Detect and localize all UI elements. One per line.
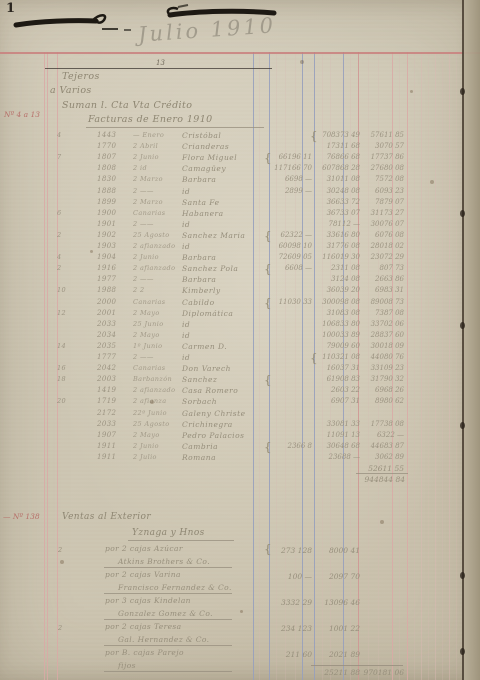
ledger-cell: 62322 — (270, 231, 312, 239)
paper-speck (240, 610, 243, 613)
consignee-firm: Gal. Hernandez & Co. (118, 635, 209, 644)
ledger-cell: Barbanzón (133, 375, 179, 383)
ledger-row: 203325 Junioid106833 8033702 06 (0, 320, 480, 331)
grand-total-c: 970181 06 (359, 668, 404, 677)
ledger-cell: 2 —— (133, 220, 179, 228)
ledger-row: 20342 Mayoid100033 8928837 60 (0, 331, 480, 342)
ledger-cell: 2 Marzo (133, 175, 179, 183)
ledger-cell: 1911 (97, 453, 129, 461)
ledger-cell: 17311 68 (314, 142, 360, 150)
ledger-cell: 7 (57, 153, 71, 161)
ledger-cell: 1901 (97, 220, 129, 228)
ledger-cell: 2 Junio (133, 153, 179, 161)
ledger-cell: Sanchez Pola (182, 264, 264, 273)
ledger-cell: 60098 10 (270, 242, 312, 250)
account-contra: a Varios (50, 85, 92, 96)
ledger-row: 19772 ——Barbara3124 082663 86 (0, 275, 480, 286)
ledger-cell: 6608 — (270, 264, 312, 272)
ledger-cell: 3124 08 (314, 275, 360, 283)
shipment-line: por 3 cajas Kindelan (105, 596, 191, 605)
paper-speck (60, 560, 64, 564)
ledger-cell: id (182, 242, 264, 251)
ledger-cell: 2 afianza (133, 397, 179, 405)
ledger-cell: 30018 09 (359, 342, 404, 350)
ledger-row: 18082 idCamagüey117166 70607868 2827680 … (0, 164, 480, 175)
ledger-cell: 12 (57, 309, 71, 317)
margin-reference-note: — Nº 138 (3, 512, 40, 521)
amount-a: 3332 29 (270, 598, 312, 607)
ledger-cell: Barbara (182, 275, 264, 284)
ledger-cell: 2034 (97, 331, 129, 339)
ledger-cell: 7572 08 (359, 175, 404, 183)
ledger-cell: 2 Abril (133, 142, 179, 150)
grouping-brace: { (264, 151, 270, 165)
amount-b: 8000 41 (314, 546, 360, 555)
ledger-cell: 300098 08 (314, 298, 360, 306)
ledger-cell: 16 (57, 364, 71, 372)
ledger-cell: 1830 (97, 175, 129, 183)
shipment-line: por B. cajas Parejo (105, 648, 184, 657)
ledger-cell: Sanchez (182, 375, 264, 384)
ledger-cell: 2603 22 (314, 386, 360, 394)
ledger-cell: 1777 (97, 353, 129, 361)
firm-underline (104, 593, 232, 594)
ledger-cell: 18 (57, 375, 71, 383)
amount-a: 234 123 (270, 624, 312, 633)
ledger-cell: Canarias (133, 298, 179, 306)
ledger-cell: Barbara (182, 175, 264, 184)
ledger-cell: 79009 60 (314, 342, 360, 350)
margin-reference-note: Nº 4 a 13 (4, 110, 40, 119)
shipment-line: por 2 cajas Teresa (105, 622, 182, 631)
ledger-cell: 8980 62 (359, 397, 404, 405)
ledger-row: 718072 JunioFlora Miguel66196 1176866 68… (0, 153, 480, 164)
ledger-cell: Pedro Palacios (182, 431, 264, 440)
ledger-cell: Sorbach (182, 397, 264, 406)
amount-b: 1001 22 (314, 624, 360, 633)
grouping-brace: { (264, 262, 270, 276)
subtotal-value: 52611 55 (359, 464, 404, 473)
ledger-row: 2017192 afianzaSorbach6907 318980 62 (0, 397, 480, 408)
ledger-cell: 72609 05 (270, 253, 312, 261)
ledger-cell: 27680 08 (359, 164, 404, 172)
ledger-cell: 20 (57, 397, 71, 405)
ledger-cell: 2 —— (133, 353, 179, 361)
ledger-cell: 2000 (97, 298, 129, 306)
ledger-cell: 25 Agosto (133, 420, 179, 428)
amount-a: 100 — (270, 572, 312, 581)
ledger-cell: 1807 (97, 153, 129, 161)
ledger-row: 182003BarbanzónSanchez61908 8331790 32{ (0, 375, 480, 386)
grouping-brace: { (264, 373, 270, 387)
ledger-cell: 1770 (97, 142, 129, 150)
heading-rule (45, 68, 272, 69)
ledger-cell: 2 —— (133, 187, 179, 195)
ledger-row: 18302 MarzoBarbara6698 —31011 087572 08 (0, 175, 480, 186)
paper-speck (380, 520, 384, 524)
ledger-cell: 44683 87 (359, 442, 404, 450)
ledger-cell: 1911 (97, 442, 129, 450)
ledger-cell: id (182, 187, 264, 196)
ledger-cell: Romana (182, 453, 264, 462)
ledger-cell: 61908 83 (314, 375, 360, 383)
ledger-cell: 30076 07 (359, 220, 404, 228)
ledger-cell: 2 —— (133, 275, 179, 283)
binding-stitch (460, 88, 465, 95)
ledger-cell: id (182, 331, 264, 340)
ledger-cell: 25 Agosto (133, 231, 179, 239)
ledger-cell: 1977 (97, 275, 129, 283)
ledger-cell: 2003 (97, 375, 129, 383)
ledger-cell: 2 (57, 231, 71, 239)
firm-underline (104, 645, 232, 646)
ledger-cell: 4 (57, 131, 71, 139)
ledger-row: 19112 JunioCambria2366 830648 6844683 87… (0, 442, 480, 453)
ledger-cell: Crianderas (182, 142, 264, 151)
ledger-cell: 2663 86 (359, 275, 404, 283)
ledger-cell: 2899 — (270, 187, 312, 195)
ledger-cell: 1443 (97, 131, 129, 139)
paper-speck (300, 60, 304, 64)
ledger-cell: 2 Junio (133, 253, 179, 261)
ledger-cell: 2311 08 (314, 264, 360, 272)
ledger-cell: 31776 08 (314, 242, 360, 250)
section-subtitle: Yznaga y Hnos (132, 528, 205, 538)
ledger-cell: 100033 89 (314, 331, 360, 339)
ledger-cell: 44080 76 (359, 353, 404, 361)
ledger-cell: Don Varech (182, 364, 264, 373)
ledger-row: 19112 JulioRomana23688 —3062 89 (0, 453, 480, 464)
ledger-row: 1220012 MayoDiplomática31083 087387 08 (0, 309, 480, 320)
ledger-cell: id (182, 320, 264, 329)
grand-total-underline (311, 665, 403, 666)
subtotal-underline (356, 473, 408, 474)
firm-underline (104, 671, 232, 672)
ledger-cell: 116019 30 (314, 253, 360, 261)
ledger-cell: Kimberly (182, 286, 264, 295)
ledger-cell: 708373 49 (314, 131, 360, 139)
ledger-cell: 807 73 (359, 264, 404, 272)
ledger-cell: Crichinegra (182, 420, 264, 429)
ledger-cell: 2 Marzo (133, 198, 179, 206)
ledger-row: 19032 afianzadoid60098 1031776 0828018 0… (0, 242, 480, 253)
ledger-cell: 2 Mayo (133, 309, 179, 317)
ledger-cell: Cabildo (182, 298, 264, 307)
ledger-cell: Carmen D. (182, 342, 264, 351)
ledger-cell: 2 2 (133, 286, 179, 294)
ledger-cell: 2001 (97, 309, 129, 317)
ledger-cell: 2 (57, 264, 71, 272)
ledger-cell: 33702 06 (359, 320, 404, 328)
ledger-cell: 33081 33 (314, 420, 360, 428)
ledger-row: 17772 ——id110321 0844080 76{ (0, 353, 480, 364)
ledger-row: 1420351º JunioCarmen D.79009 6030018 09 (0, 342, 480, 353)
ledger-cell: 2 afianzado (133, 264, 179, 272)
folio-mark: 13 (156, 59, 165, 67)
paper-speck (90, 250, 93, 253)
binding-stitch (460, 572, 465, 579)
ledger-row: 18992 MarzoSanta Fe36633 727879 07 (0, 198, 480, 209)
ledger-cell: Diplomática (182, 309, 264, 318)
grouping-brace: { (264, 440, 270, 454)
ledger-cell: 1902 (97, 231, 129, 239)
ledger-cell: 6076 08 (359, 231, 404, 239)
ledger-cell: 2033 (97, 420, 129, 428)
ledger-cell: 11091 13 (314, 431, 360, 439)
ledger-page-scan: 1 Julio 1910 13 Nº 4 a 13 Tejeros a Vari… (0, 0, 480, 680)
ledger-row: 61900CanariasHabanera36733 0731173 27 (0, 209, 480, 220)
ledger-cell: 16037 31 (314, 364, 360, 372)
ledger-cell: 6907 31 (314, 397, 360, 405)
ledger-cell: 28018 02 (359, 242, 404, 250)
ledger-cell: 4 (57, 253, 71, 261)
ledger-cell: 2 afianzado (133, 386, 179, 394)
ledger-cell: 25 Junio (133, 320, 179, 328)
firm-underline (104, 619, 232, 620)
ledger-row: 2190225 AgostoSanchez Maria62322 —33616 … (0, 231, 480, 242)
paper-speck (430, 180, 434, 184)
ledger-cell: 1º Junio (133, 342, 179, 350)
section-title: Ventas al Exterior (62, 512, 151, 522)
ledger-cell: 36039 20 (314, 286, 360, 294)
ledger-cell: 6093 23 (359, 187, 404, 195)
ledger-cell: 33616 80 (314, 231, 360, 239)
shipment-line: por 2 cajas Azúcar (105, 544, 183, 553)
ledger-cell: 33109 23 (359, 364, 404, 372)
ledger-row: 19072 MayoPedro Palacios11091 136322 — (0, 431, 480, 442)
ledger-cell: 1808 (97, 164, 129, 172)
ledger-cell: Flora Miguel (182, 153, 264, 162)
ledger-row: 419042 JunioBarbara72609 05116019 302307… (0, 253, 480, 264)
ledger-cell: 110321 08 (314, 353, 360, 361)
subtitle-underline (86, 127, 264, 128)
paper-speck (410, 90, 413, 93)
ledger-cell: 1888 (97, 187, 129, 195)
ledger-cell: 36633 72 (314, 198, 360, 206)
ledger-cell: 1904 (97, 253, 129, 261)
ledger-cell: 2 Junio (133, 442, 179, 450)
consignee-firm: Gonzalez Gomez & Co. (118, 609, 213, 618)
ledger-cell: 1907 (97, 431, 129, 439)
ledger-row: 217222º JunioGaleny Christe (0, 409, 480, 420)
ledger-cell: Camagüey (182, 164, 264, 173)
section-total-value: 944844 84 (357, 475, 405, 484)
ledger-cell: 31083 08 (314, 309, 360, 317)
ledger-row: 2000CanariasCabildo11030 33300098 088900… (0, 298, 480, 309)
ledger-cell: 17738 08 (359, 420, 404, 428)
ledger-cell: 2 id (133, 164, 179, 172)
ledger-cell: 1719 (97, 397, 129, 405)
ledger-cell: 607868 28 (314, 164, 360, 172)
ledger-row: 1019882 2Kimberly36039 206983 31 (0, 286, 480, 297)
ledger-cell: 2033 (97, 320, 129, 328)
grand-total-b: 25211 88 (314, 668, 360, 677)
ledger-cell: — Enero (133, 131, 179, 139)
ledger-cell: Barbara (182, 253, 264, 262)
ledger-cell: 17737 86 (359, 153, 404, 161)
ledger-cell: Santa Fe (182, 198, 264, 207)
ledger-cell: 11030 33 (270, 298, 312, 306)
entry-ordinal: 2 (58, 546, 63, 554)
ledger-cell: 2 afianzado (133, 242, 179, 250)
ledger-cell: 6 (57, 209, 71, 217)
consignee-firm: Atkins Brothers & Co. (118, 557, 210, 566)
ledger-cell: 1988 (97, 286, 129, 294)
ledger-row: 219162 afianzadoSanchez Pola6608 —2311 0… (0, 264, 480, 275)
ledger-cell: 30648 68 (314, 442, 360, 450)
grouping-brace: { (310, 351, 316, 365)
consignee-firm: Francisco Fernandez & Co. (118, 583, 232, 592)
ledger-cell: 2 Julio (133, 453, 179, 461)
ledger-cell: 1899 (97, 198, 129, 206)
ledger-cell: 28837 60 (359, 331, 404, 339)
ledger-cell: 106833 80 (314, 320, 360, 328)
amount-a: 273 128 (270, 546, 312, 555)
ledger-cell: 2172 (97, 409, 129, 417)
ledger-row: 162042CanariasDon Varech16037 3133109 23 (0, 364, 480, 375)
ledger-cell: Galeny Christe (182, 409, 264, 418)
paper-speck (150, 400, 154, 404)
header-rule (0, 52, 480, 54)
ledger-cell: 6968 26 (359, 386, 404, 394)
amount-b: 13096 46 (314, 598, 360, 607)
ledger-cell: Cambria (182, 442, 264, 451)
ledger-cell: 78112 — (314, 220, 360, 228)
ledger-cell: 1916 (97, 264, 129, 272)
ledger-cell: 57611 85 (359, 131, 404, 139)
ledger-cell: 10 (57, 286, 71, 294)
grouping-brace: { (264, 229, 270, 243)
ledger-cell: 1900 (97, 209, 129, 217)
ledger-cell: 14 (57, 342, 71, 350)
ledger-cell: 7387 08 (359, 309, 404, 317)
ledger-row: 203325 AgostoCrichinegra33081 3317738 08 (0, 420, 480, 431)
amount-a: 211 60 (270, 650, 312, 659)
ledger-cell: id (182, 220, 264, 229)
shipment-line: por 2 cajas Varina (105, 570, 181, 579)
ledger-cell: 3062 89 (359, 453, 404, 461)
ledger-cell: Cristóbal (182, 131, 264, 140)
ink-scribble-icon (12, 8, 142, 34)
ledger-row: 17702 AbrilCrianderas17311 683070 57 (0, 142, 480, 153)
ledger-cell: 30248 08 (314, 187, 360, 195)
grouping-brace: { (264, 296, 270, 310)
ledger-cell: 2 Mayo (133, 431, 179, 439)
ledger-cell: 1419 (97, 386, 129, 394)
ledger-cell: 31011 08 (314, 175, 360, 183)
ledger-cell: Sanchez Maria (182, 231, 264, 240)
section-subtitle: Facturas de Enero 1910 (88, 114, 213, 125)
amount-b: 2021 89 (314, 650, 360, 659)
account-description: Suman l. Cta Vta Crédito (62, 100, 192, 111)
ledger-cell: 3070 57 (359, 142, 404, 150)
ledger-row: 19012 ——id78112 —30076 07 (0, 220, 480, 231)
ledger-cell: 2035 (97, 342, 129, 350)
ledger-cell: 36733 07 (314, 209, 360, 217)
ledger-cell: 6983 31 (359, 286, 404, 294)
ledger-cell: id (182, 353, 264, 362)
ledger-cell: Habanera (182, 209, 264, 218)
ledger-cell: 89008 73 (359, 298, 404, 306)
ledger-cell: 31790 32 (359, 375, 404, 383)
amount-b: 2097 70 (314, 572, 360, 581)
ledger-cell: 66196 11 (270, 153, 312, 161)
ledger-cell: 6698 — (270, 175, 312, 183)
entry-ordinal: 2 (58, 624, 63, 632)
ledger-cell: 2042 (97, 364, 129, 372)
consignee-firm: fijos (118, 661, 136, 670)
ledger-cell: 2366 8 (270, 442, 312, 450)
ledger-cell: 1903 (97, 242, 129, 250)
account-title: Tejeros (62, 71, 100, 82)
ledger-cell: 6322 — (359, 431, 404, 439)
ledger-row: 41443— EneroCristóbal708373 4957611 85{ (0, 131, 480, 142)
ledger-cell: Casa Romero (182, 386, 264, 395)
subtitle-underline (128, 540, 234, 541)
ledger-cell: 7879 07 (359, 198, 404, 206)
firm-underline (104, 567, 232, 568)
ledger-row: 14192 afianzadoCasa Romero2603 226968 26 (0, 386, 480, 397)
ledger-cell: 22º Junio (133, 409, 179, 417)
binding-stitch (460, 648, 465, 655)
ledger-cell: 117166 70 (270, 164, 312, 172)
ledger-row: 18882 ——id2899 —30248 086093 23 (0, 187, 480, 198)
ledger-cell: Canarias (133, 209, 179, 217)
ledger-cell: 23688 — (314, 453, 360, 461)
ledger-cell: 76866 68 (314, 153, 360, 161)
ledger-cell: 31173 27 (359, 209, 404, 217)
ledger-cell: 2 Mayo (133, 331, 179, 339)
grouping-brace: { (310, 129, 316, 143)
ledger-cell: Canarias (133, 364, 179, 372)
ledger-cell: 23072 29 (359, 253, 404, 261)
